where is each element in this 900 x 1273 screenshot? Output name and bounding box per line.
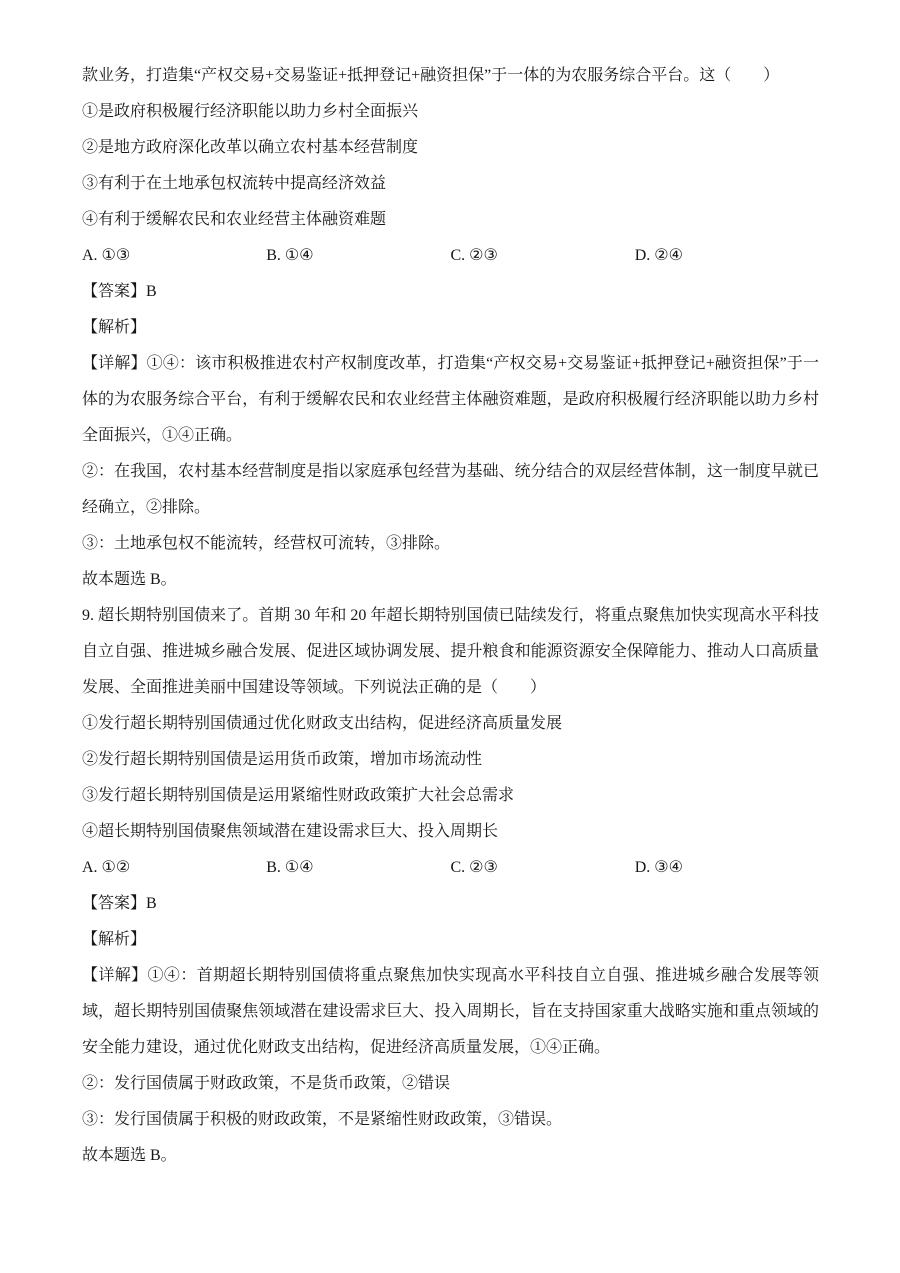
q9-conclusion: 故本题选 B。 [82,1138,819,1174]
q8-stem-continuation: 款业务，打造集“产权交易+交易鉴证+抵押登记+融资担保”于一体的为农服务综合平台… [82,58,819,94]
q8-choices-option-d: D. ②④ [635,238,819,274]
q9-analysis-label: 【解析】 [82,922,819,958]
q9-explanation-1: 【详解】①④：首期超长期特别国债将重点聚焦加快实现高水平科技自立自强、推进城乡融… [82,958,819,1066]
q8-explanation-1: 【详解】①④：该市积极推进农村产权制度改革，打造集“产权交易+交易鉴证+抵押登记… [82,346,819,454]
q8-explanation-3: ③：土地承包权不能流转，经营权可流转，③排除。 [82,526,819,562]
q8-answer: 【答案】B [82,274,819,310]
q9-answer: 【答案】B [82,886,819,922]
document-page: 款业务，打造集“产权交易+交易鉴证+抵押登记+融资担保”于一体的为农服务综合平台… [0,0,900,1273]
q8-analysis-label: 【解析】 [82,310,819,346]
q9-choices-option-a: A. ①② [82,850,266,886]
q8-statement-4: ④有利于缓解农民和农业经营主体融资难题 [82,202,819,238]
q8-statement-2: ②是地方政府深化改革以确立农村基本经营制度 [82,130,819,166]
q8-statement-1: ①是政府积极履行经济职能以助力乡村全面振兴 [82,94,819,130]
q8-statement-3: ③有利于在土地承包权流转中提高经济效益 [82,166,819,202]
q9-choices-option-d: D. ③④ [635,850,819,886]
q9-statement-2: ②发行超长期特别国债是运用货币政策，增加市场流动性 [82,742,819,778]
q8-choices: A. ①③B. ①④C. ②③D. ②④ [82,238,819,274]
document-body: 款业务，打造集“产权交易+交易鉴证+抵押登记+融资担保”于一体的为农服务综合平台… [82,58,819,1174]
q8-choices-option-a: A. ①③ [82,238,266,274]
q9-choices-option-c: C. ②③ [451,850,635,886]
q8-choices-option-c: C. ②③ [451,238,635,274]
q8-choices-option-b: B. ①④ [266,238,450,274]
q8-conclusion: 故本题选 B。 [82,562,819,598]
q9-statement-3: ③发行超长期特别国债是运用紧缩性财政政策扩大社会总需求 [82,778,819,814]
q9-stem: 9. 超长期特别国债来了。首期 30 年和 20 年超长期特别国债已陆续发行，将… [82,598,819,706]
q9-choices: A. ①②B. ①④C. ②③D. ③④ [82,850,819,886]
q9-statement-1: ①发行超长期特别国债通过优化财政支出结构，促进经济高质量发展 [82,706,819,742]
q8-explanation-2: ②：在我国，农村基本经营制度是指以家庭承包经营为基础、统分结合的双层经营体制，这… [82,454,819,526]
q9-choices-option-b: B. ①④ [266,850,450,886]
q9-explanation-2: ②：发行国债属于财政政策，不是货币政策，②错误 [82,1066,819,1102]
q9-statement-4: ④超长期特别国债聚焦领域潜在建设需求巨大、投入周期长 [82,814,819,850]
q9-explanation-3: ③：发行国债属于积极的财政政策，不是紧缩性财政政策，③错误。 [82,1102,819,1138]
